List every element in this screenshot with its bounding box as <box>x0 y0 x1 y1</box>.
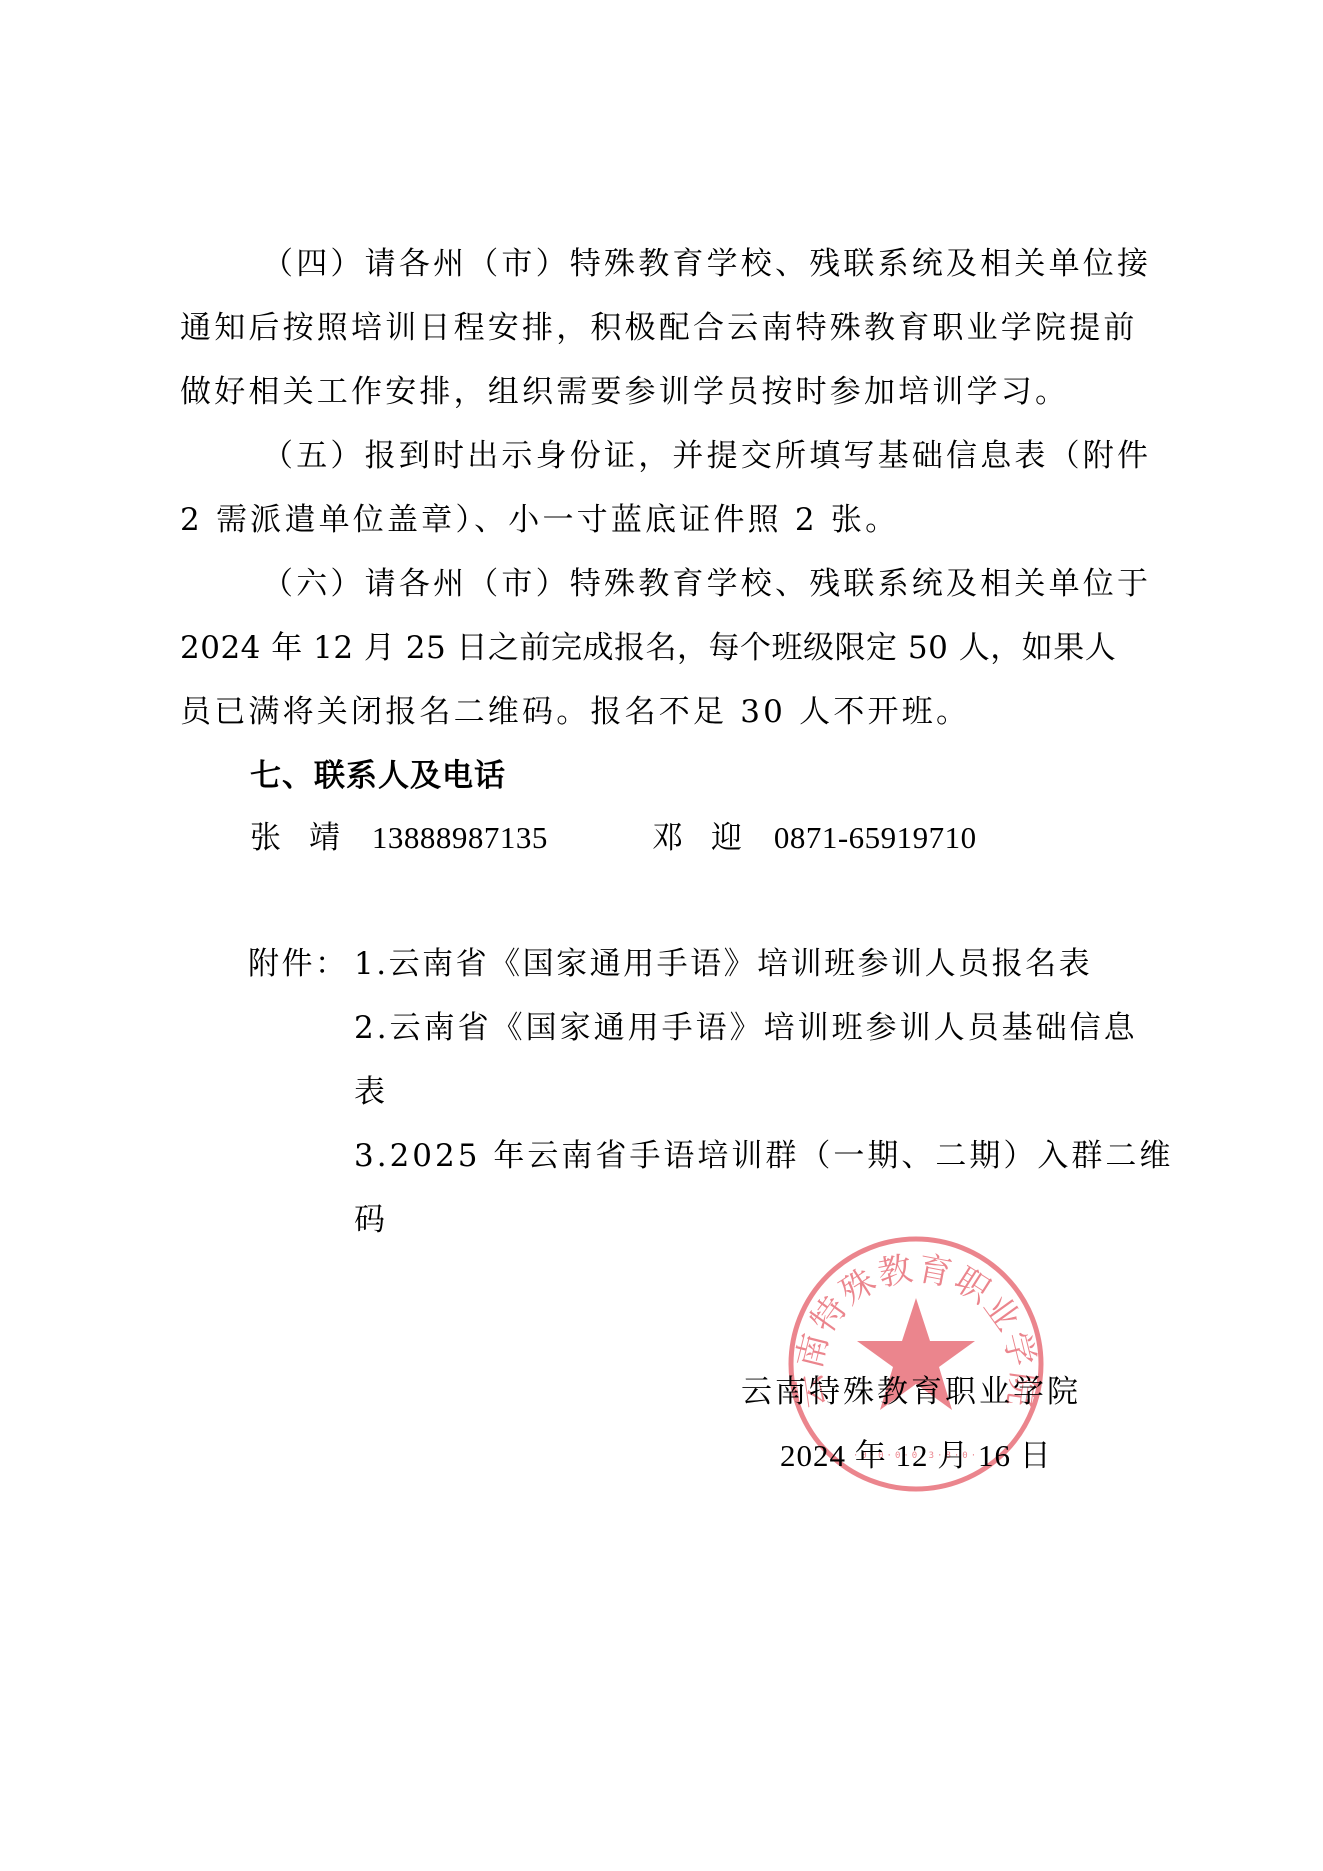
signature-date: 2024 年 12 月 16 日 <box>780 1436 1052 1476</box>
contact-1-name: 张靖 <box>250 820 368 856</box>
section-7-heading: 七、联系人及电话 <box>250 756 506 796</box>
contact-1: 张靖 13888987135 <box>250 818 548 858</box>
paragraph-6-line-2: 2024 年 12 月 25 日之前完成报名，每个班级限定 50 人，如果人 <box>180 628 1116 668</box>
attachment-2-line-2: 表 <box>354 1072 388 1112</box>
contact-2: 邓迎 0871-65919710 <box>652 818 977 858</box>
paragraph-4-line-3: 做好相关工作安排，组织需要参训学员按时参加培训学习。 <box>180 372 1069 412</box>
attachment-2-line-1: 2.云南省《国家通用手语》培训班参训人员基础信息 <box>354 1008 1138 1048</box>
paragraph-4-line-1: （四）请各州（市）特殊教育学校、残联系统及相关单位接 <box>262 244 1151 284</box>
paragraph-6-line-3: 员已满将关闭报名二维码。报名不足 30 人不开班。 <box>180 692 970 732</box>
attachment-3-line-1: 3.2025 年云南省手语培训群（一期、二期）入群二维 <box>354 1136 1173 1176</box>
paragraph-5-line-1: （五）报到时出示身份证，并提交所填写基础信息表（附件 <box>262 436 1151 476</box>
paragraph-4-line-2: 通知后按照培训日程安排，积极配合云南特殊教育职业学院提前 <box>180 308 1138 348</box>
contact-2-name: 邓迎 <box>652 820 770 856</box>
contact-2-phone: 0871-65919710 <box>774 820 977 855</box>
contact-1-phone: 13888987135 <box>372 820 548 855</box>
attachments-label: 附件： <box>248 944 349 984</box>
attachment-1: 1.云南省《国家通用手语》培训班参训人员报名表 <box>354 944 1092 984</box>
paragraph-6-line-1: （六）请各州（市）特殊教育学校、残联系统及相关单位于 <box>262 564 1151 604</box>
signature-organization: 云南特殊教育职业学院 <box>741 1372 1081 1412</box>
paragraph-5-line-2: 2 需派遣单位盖章）、小一寸蓝底证件照 2 张。 <box>180 500 899 540</box>
attachment-3-line-2: 码 <box>354 1200 388 1240</box>
document-page: （四）请各州（市）特殊教育学校、残联系统及相关单位接 通知后按照培训日程安排，积… <box>0 0 1323 1871</box>
